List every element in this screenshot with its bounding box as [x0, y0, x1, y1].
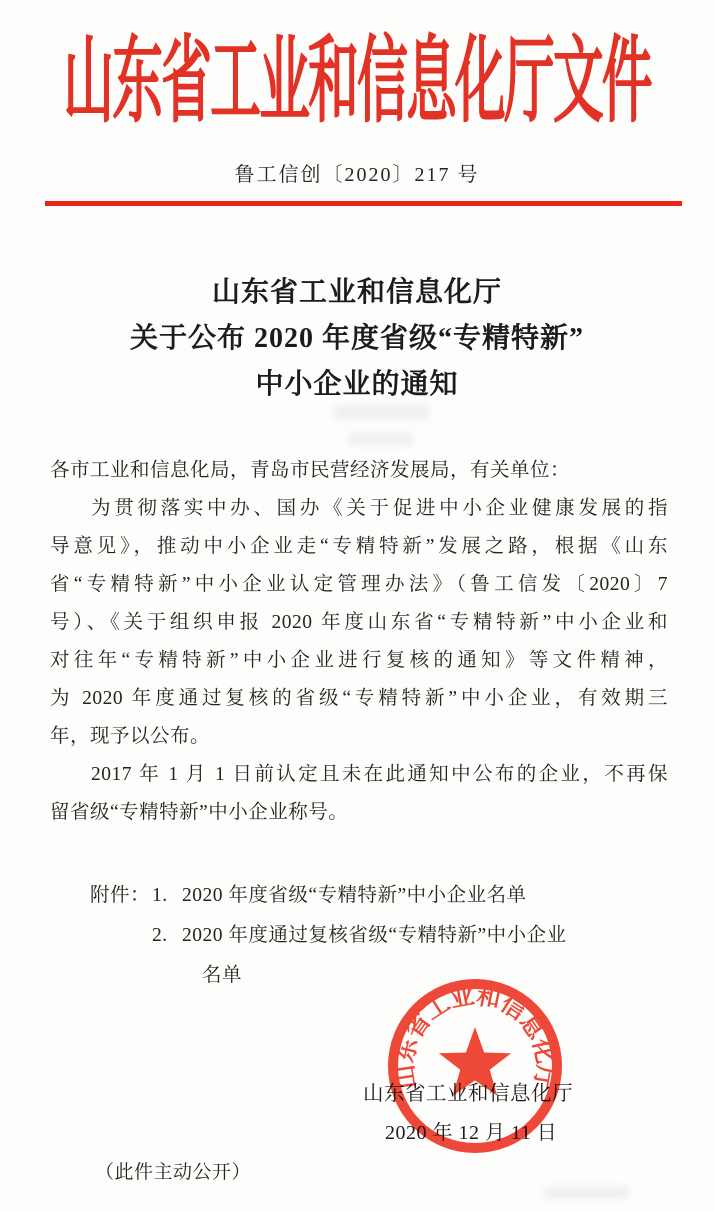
body-line: 导意见》，推动中小企业走“专精特新”发展之路，根据《山东: [50, 528, 668, 566]
notice-title-line-2: 关于公布 2020 年度省级“专精特新”: [0, 316, 714, 362]
attachment-text: 2020 年度通过复核省级“专精特新”中小企业: [182, 916, 650, 956]
letterhead-divider-rule: [45, 201, 682, 206]
body-line: 各市工业和信息化局，青岛市民营经济发展局，有关单位：: [50, 452, 668, 490]
attachment-number: 1.: [152, 876, 182, 916]
body-line: 对往年“专精特新”中小企业进行复核的通知》等文件精神，: [50, 642, 668, 680]
document-page: 山东省工业和信息化厅文件 鲁工信创〔2020〕217 号 山东省工业和信息化厅 …: [0, 0, 714, 1212]
official-seal: 山东省工业和信息化厅: [375, 966, 575, 1166]
bleedthrough-artifact: [545, 1186, 629, 1199]
body-text: 各市工业和信息化局，青岛市民营经济发展局，有关单位：为贯彻落实中办、国办《关于促…: [50, 452, 668, 832]
body-line: 年，现予以公布。: [50, 718, 668, 756]
attachment-row: 2.2020 年度通过复核省级“专精特新”中小企业: [90, 916, 650, 956]
body-line: 号）、《关于组织申报 2020 年度山东省“专精特新”中小企业和: [50, 604, 668, 642]
attachment-number: 2.: [152, 916, 182, 956]
attachments-label: [90, 956, 152, 996]
attachments-label: [90, 916, 152, 956]
notice-title-line-1: 山东省工业和信息化厅: [0, 270, 714, 316]
notice-title-line-3: 中小企业的通知: [0, 362, 714, 408]
attachments-label: 附件：: [90, 876, 152, 916]
attachment-number: [152, 956, 182, 996]
attachment-row: 附件：1.2020 年度省级“专精特新”中小企业名单: [90, 876, 650, 916]
notice-title: 山东省工业和信息化厅 关于公布 2020 年度省级“专精特新” 中小企业的通知: [0, 270, 714, 408]
body-line: 留省级“专精特新”中小企业称号。: [50, 794, 668, 832]
footer-note: （此件主动公开）: [95, 1160, 251, 1186]
document-number: 鲁工信创〔2020〕217 号: [0, 160, 714, 190]
seal-star-icon: [439, 1027, 511, 1096]
body-line: 为 2020 年度通过复核的省级“专精特新”中小企业，有效期三: [50, 680, 668, 718]
body-line: 为贯彻落实中办、国办《关于促进中小企业健康发展的指: [50, 490, 668, 528]
attachment-text: 2020 年度省级“专精特新”中小企业名单: [182, 876, 650, 916]
body-line: 2017 年 1 月 1 日前认定且未在此通知中公布的企业，不再保: [50, 756, 668, 794]
body-line: 省“专精特新”中小企业认定管理办法》（鲁工信发〔2020〕7: [50, 566, 668, 604]
bleedthrough-artifact: [349, 432, 413, 446]
bleedthrough-artifact: [334, 405, 430, 420]
